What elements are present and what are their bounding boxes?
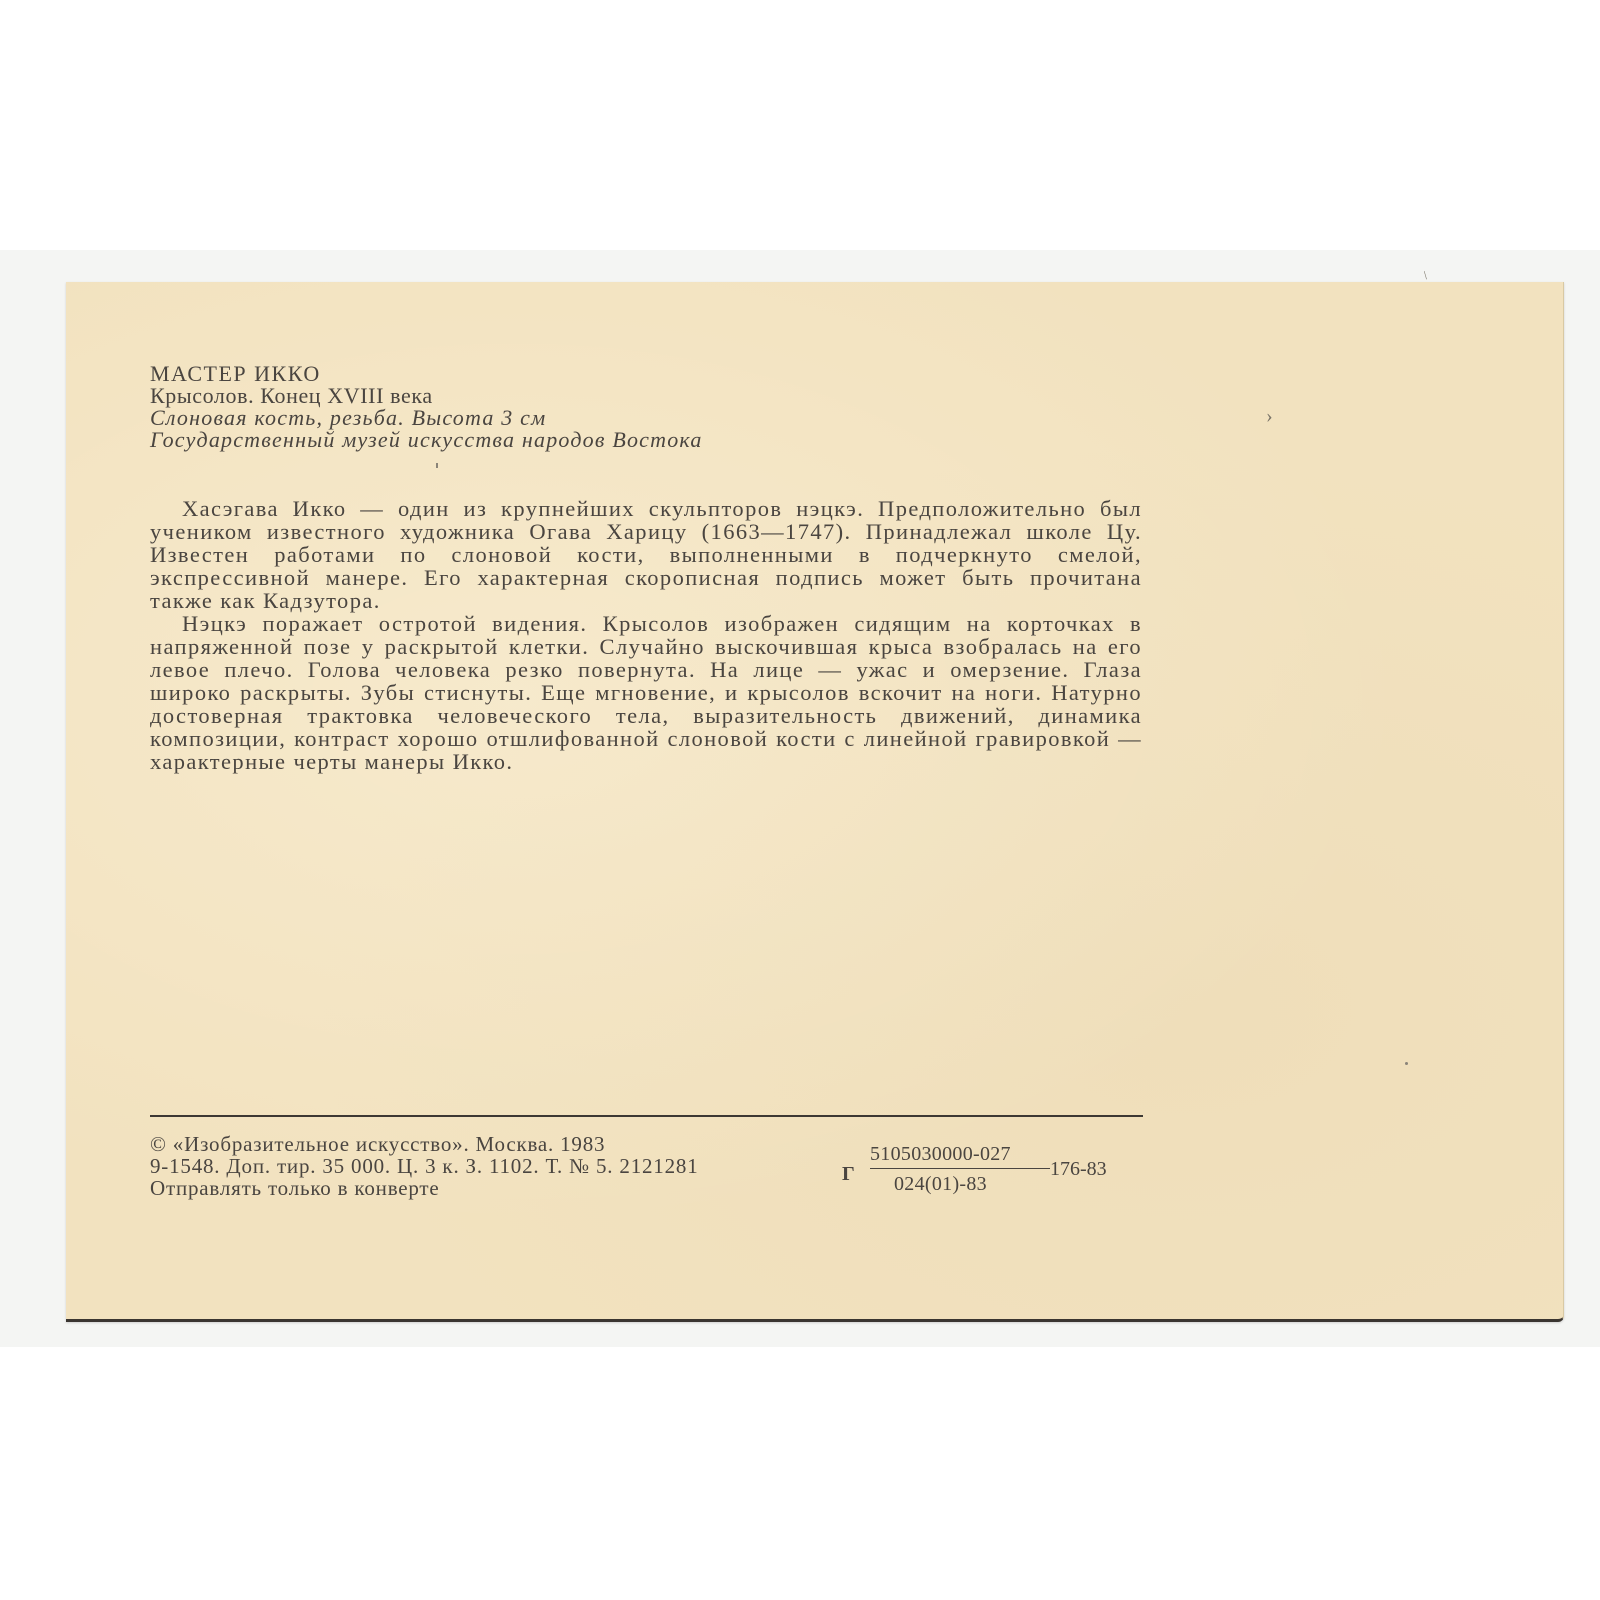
description-paragraph: Нэцкэ поражает остротой видения. Крысоло… (150, 612, 1142, 773)
publisher-imprint: © «Изобразительное искусство». Москва. 1… (150, 1133, 699, 1199)
paper-speck (1405, 1062, 1408, 1065)
artwork-title: Крысолов. Конец XVIII века (150, 385, 703, 407)
divider (150, 1115, 1143, 1117)
catalog-suffix: 176-83 (1050, 1158, 1107, 1181)
copyright-line: © «Изобразительное искусство». Москва. 1… (150, 1133, 699, 1155)
print-details-line: 9-1548. Доп. тир. 35 000. Ц. 3 к. З. 110… (150, 1155, 699, 1177)
catalog-numerator: 5105030000-027 (870, 1143, 1011, 1166)
catalog-letter: Г (842, 1163, 855, 1186)
catalog-denominator: 024(01)-83 (894, 1173, 987, 1196)
description: Хасэгава Икко — один из крупнейших скуль… (150, 497, 1142, 773)
paper-blemish: › (1266, 405, 1273, 428)
artwork-material: Слоновая кость, резьба. Высота 3 см (150, 407, 703, 429)
artwork-caption: МАСТЕР ИККО Крысолов. Конец XVIII века С… (150, 363, 703, 451)
paper-speck (436, 463, 438, 468)
mailing-note: Отправлять только в конверте (150, 1177, 699, 1199)
fraction-bar (870, 1168, 1050, 1169)
description-paragraph: Хасэгава Икко — один из крупнейших скуль… (150, 497, 1142, 612)
artist-name: МАСТЕР ИККО (150, 363, 703, 385)
museum-name: Государственный музей искусства народов … (150, 429, 703, 451)
